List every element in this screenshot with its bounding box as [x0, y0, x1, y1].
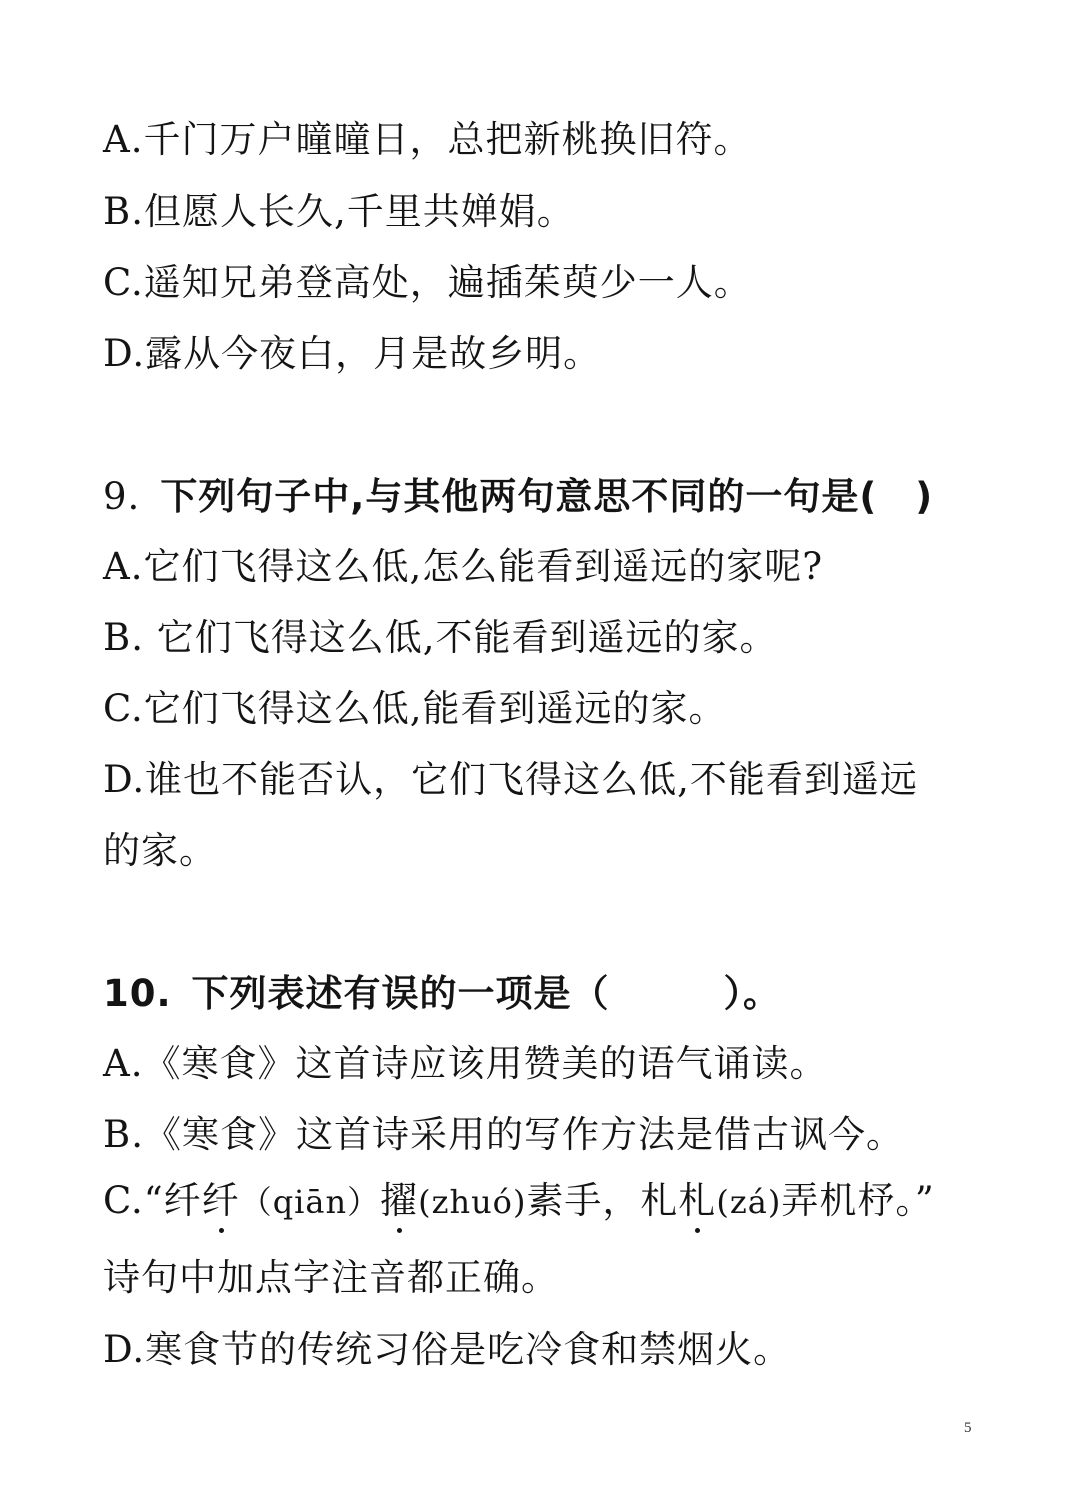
q9-option-a: A.它们飞得这么低,怎么能看到遥远的家呢? [103, 543, 823, 591]
question-text: 下列表述有误的一项是（ ）。 [192, 972, 782, 1015]
q10-option-c-continuation: 诗句中加点字注音都正确。 [103, 1254, 559, 1302]
option-text: 它们飞得这么低,不能看到遥远的家。 [144, 616, 778, 659]
option-letter: B. [103, 190, 144, 233]
option-text: 寒食节的传统习俗是吃冷食和禁烟火。 [145, 1328, 791, 1371]
option-letter: A. [103, 1042, 143, 1085]
q8-option-b: B.但愿人长久,千里共婵娟。 [103, 188, 575, 236]
q9-option-b: B. 它们飞得这么低,不能看到遥远的家。 [103, 614, 777, 662]
q9-prompt: 9.下列句子中,与其他两句意思不同的一句是( ) [103, 473, 933, 521]
option-text: 素手，札 [526, 1179, 678, 1222]
pinyin-annotation: (zá) [716, 1183, 781, 1221]
option-text: 《寒食》这首诗采用的写作方法是借古讽今。 [144, 1113, 904, 1156]
question-text: 下列句子中,与其他两句意思不同的一句是( ) [160, 475, 933, 518]
q9-option-d: D.谁也不能否认，它们飞得这么低,不能看到遥远 [103, 756, 918, 804]
option-letter: D. [103, 1328, 145, 1371]
option-text: 它们飞得这么低,怎么能看到遥远的家呢? [143, 545, 823, 588]
option-letter: B. [103, 1113, 144, 1156]
quote-open-text: “纤 [144, 1179, 202, 1222]
question-number: 10. [103, 972, 172, 1015]
option-text: 诗句中加点字注音都正确。 [103, 1256, 559, 1299]
q9-option-d-continuation: 的家。 [103, 827, 217, 875]
q9-option-c: C.它们飞得这么低,能看到遥远的家。 [103, 685, 727, 733]
option-text: 的家。 [103, 829, 217, 872]
option-letter: D. [103, 332, 145, 375]
q10-option-d: D.寒食节的传统习俗是吃冷食和禁烟火。 [103, 1326, 791, 1374]
emphasis-dot-char: 擢 [380, 1177, 418, 1225]
q10-prompt: 10.下列表述有误的一项是（ ）。 [103, 970, 781, 1018]
option-text: 露从今夜白，月是故乡明。 [145, 332, 601, 375]
q8-option-c: C.遥知兄弟登高处，遍插茱萸少一人。 [103, 259, 752, 307]
q8-option-d: D.露从今夜白，月是故乡明。 [103, 330, 601, 378]
emphasis-dot-char: 纤 [202, 1177, 240, 1225]
option-text: 但愿人长久,千里共婵娟。 [144, 190, 575, 233]
option-text: 千门万户曈曈日，总把新桃换旧符。 [143, 118, 751, 161]
pinyin-annotation: （qiān） [240, 1183, 380, 1221]
option-letter: C. [103, 687, 144, 730]
q10-option-c: C.“纤纤（qiān）擢(zhuó)素手，札札(zá)弄机杼。” [103, 1177, 935, 1226]
pinyin-annotation: (zhuó) [418, 1183, 526, 1221]
option-letter: C. [103, 1179, 144, 1222]
q10-option-a: A.《寒食》这首诗应该用赞美的语气诵读。 [103, 1040, 827, 1088]
option-text: 弄机杼。” [781, 1179, 934, 1222]
option-letter: A. [103, 545, 143, 588]
option-letter: D. [103, 758, 145, 801]
option-letter: C. [103, 261, 144, 304]
q8-option-a: A.千门万户曈曈日，总把新桃换旧符。 [103, 116, 751, 164]
question-number: 9. [103, 475, 140, 518]
page-number: 5 [964, 1420, 972, 1437]
option-text: 《寒食》这首诗应该用赞美的语气诵读。 [143, 1042, 827, 1085]
option-text: 谁也不能否认，它们飞得这么低,不能看到遥远 [145, 758, 918, 801]
q10-option-b: B.《寒食》这首诗采用的写作方法是借古讽今。 [103, 1111, 904, 1159]
option-text: 它们飞得这么低,能看到遥远的家。 [144, 687, 727, 730]
option-letter: B. [103, 616, 144, 659]
emphasis-dot-char: 札 [678, 1177, 716, 1225]
option-text: 遥知兄弟登高处，遍插茱萸少一人。 [144, 261, 752, 304]
option-letter: A. [103, 118, 143, 161]
